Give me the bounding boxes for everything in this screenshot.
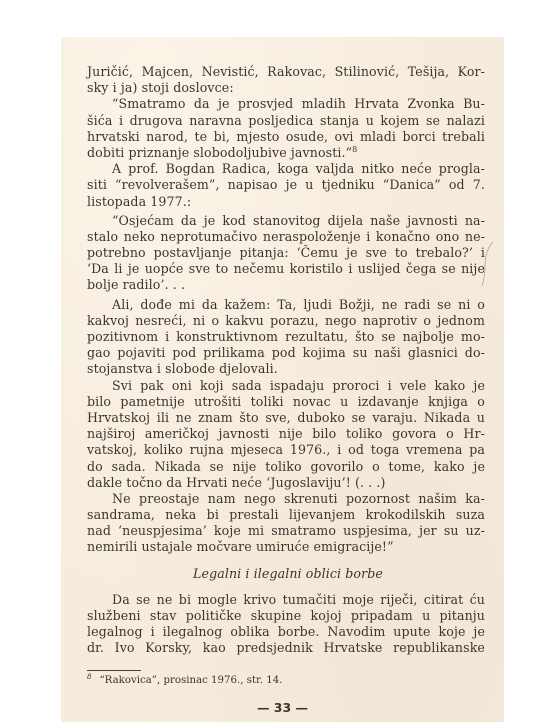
text-line: stojanstva i slobode djelovali. <box>87 361 485 377</box>
text-line: siti “revolverašem”, napisao je u tjedni… <box>87 177 485 193</box>
text-line: A prof. Bogdan Radica, koga valjda nitko… <box>87 161 485 177</box>
footnote-number: 8 <box>87 673 91 681</box>
text-line: hrvatski narod, te bi, mjesto osude, ovi… <box>87 129 485 145</box>
text-line: nad ‘neuspjesima’ koje mi smatramo uspje… <box>87 523 485 539</box>
text-line: Ali, dođe mi da kažem: Ta, ljudi Božji, … <box>87 297 485 313</box>
text-line: bolje radilo’. . . <box>87 277 485 293</box>
text-line: “Osjećam da je kod stanovitog dijela naš… <box>87 213 485 229</box>
footnote-divider <box>87 670 141 671</box>
text-line: dobiti priznanje slobodoljubive javnosti… <box>87 145 485 161</box>
page-number: — 33 — <box>61 700 504 715</box>
text-line: nemirili ustajale močvare umiruće emigra… <box>87 539 485 555</box>
text-line: kakvoj nesreći, ni o kakvu porazu, nego … <box>87 313 485 329</box>
text-line: Juričić, Majcen, Nevistić, Rakovac, Stil… <box>87 64 485 80</box>
text-line: službeni stav političke skupine kojoj pr… <box>87 608 485 624</box>
footnote: 8“Rakovica”, prosinac 1976., str. 14. <box>87 674 282 687</box>
text-line: sky i ja) stoji doslovce: <box>87 80 485 96</box>
text-line: šića i drugova naravna posljedica stanja… <box>87 113 485 129</box>
text-line-content: dobiti priznanje slobodoljubive javnosti… <box>87 145 352 160</box>
text-line: dr. Ivo Korsky, kao predsjednik Hrvatske… <box>87 640 485 656</box>
text-line: potrebno postavljanje pitanja: ‘Čemu je … <box>87 245 485 261</box>
book-page: Juričić, Majcen, Nevistić, Rakovac, Stil… <box>61 37 504 722</box>
body-text: Juričić, Majcen, Nevistić, Rakovac, Stil… <box>87 64 485 657</box>
text-line: Hrvatskoj ili ne znam što sve, duboko se… <box>87 410 485 426</box>
text-line: gao pojaviti pod prilikama pod kojima su… <box>87 345 485 361</box>
text-line: dakle točno da Hrvati neće ‘Jugoslaviju’… <box>87 475 485 491</box>
text-line: ‘Da li je uopće sve to nečemu koristilo … <box>87 261 485 277</box>
text-line: Svi pak oni koji sada ispadaju proroci i… <box>87 378 485 394</box>
footnote-marker: 8 <box>352 145 357 154</box>
text-line: pozitivnom i konstruktivnom rezultatu, š… <box>87 329 485 345</box>
section-heading: Legalni i ilegalni oblici borbe <box>87 566 485 582</box>
text-line: bilo pametnije utrošiti toliki novac u i… <box>87 394 485 410</box>
text-line: do sada. Nikada se nije toliko govorilo … <box>87 459 485 475</box>
text-line: sandrama, neka bi prestali lijevanjem kr… <box>87 507 485 523</box>
text-line: legalnog i ilegalnog oblika borbe. Navod… <box>87 624 485 640</box>
text-line: najširoj američkoj javnosti nije bilo to… <box>87 426 485 442</box>
text-line: vatskoj, koliko rujna mjeseca 1976., i o… <box>87 442 485 458</box>
text-line: listopada 1977.: <box>87 194 485 210</box>
text-line: Da se ne bi mogle krivo tumačiti moje ri… <box>87 592 485 608</box>
footnote-text: “Rakovica”, prosinac 1976., str. 14. <box>99 675 282 686</box>
pencil-margin-mark-icon <box>481 240 495 288</box>
text-line: “Smatramo da je prosvjed mladih Hrvata Z… <box>87 96 485 112</box>
text-line: Ne preostaje nam nego skrenuti pozornost… <box>87 491 485 507</box>
text-line: stalo neko neprotumačivo neraspoloženje … <box>87 229 485 245</box>
